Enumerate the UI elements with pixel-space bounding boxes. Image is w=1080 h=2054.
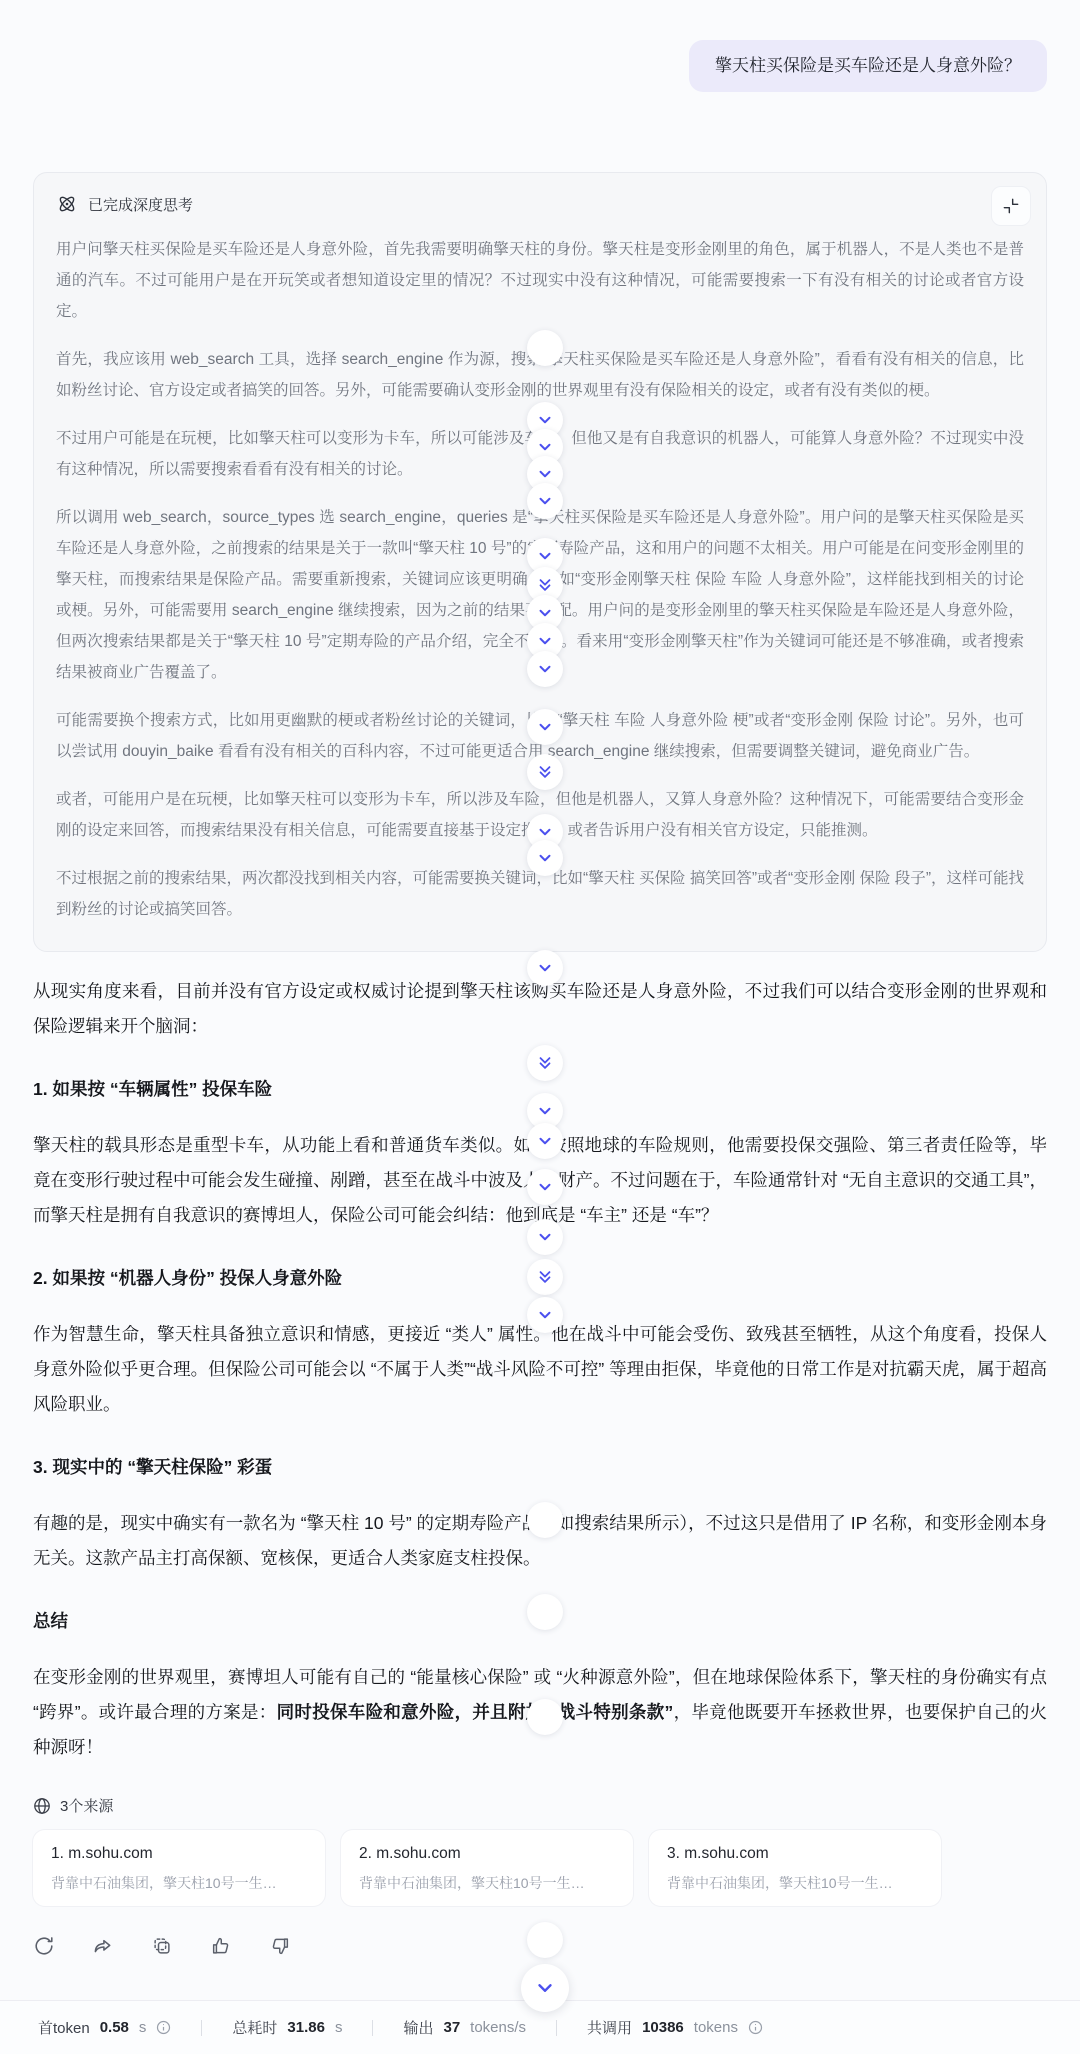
stat-divider [372,2020,373,2036]
info-icon[interactable] [748,2020,763,2035]
stat-item: 总耗时31.86s [232,2017,342,2038]
chevron-down-icon [536,660,554,678]
source-card[interactable]: 3. m.sohu.com背靠中石油集团，擎天柱10号一生… [649,1830,941,1906]
chevron-down-icon [536,438,554,456]
chevron-down-icon [536,492,554,510]
stat-unit: s [139,2019,147,2036]
stat-unit: tokens [694,2019,738,2036]
stat-value: 10386 [642,2019,684,2036]
stat-item: 首token0.58s [38,2017,171,2038]
thumbs-down-icon [269,1935,291,1957]
thinking-paragraph: 用户问擎天柱买保险是买车险还是人身意外险，首先我需要明确擎天柱的身份。擎天柱是变… [56,234,1024,327]
double-chevron-down-icon [536,763,554,781]
chevron-down-icon [536,465,554,483]
scroll-to-bottom-button[interactable] [527,1259,563,1295]
refresh-icon [33,1935,55,1957]
scroll-to-bottom-button[interactable] [527,840,563,876]
stat-item: 输出37tokens/s [403,2017,526,2038]
deep-thinking-status: 已完成深度思考 [88,194,193,215]
chevron-down-icon [536,823,554,841]
double-chevron-down-icon [536,1054,554,1072]
chevron-down-icon [536,411,554,429]
source-card-list: 1. m.sohu.com背靠中石油集团，擎天柱10号一生…2. m.sohu.… [33,1830,1047,1906]
scroll-to-bottom-button[interactable] [527,1922,563,1958]
copy-icon [151,1935,173,1957]
scroll-to-bottom-button[interactable] [527,483,563,519]
chevron-down-icon [536,1178,554,1196]
source-snippet: 背靠中石油集团，擎天柱10号一生… [51,1874,307,1892]
like-button[interactable] [210,1935,232,1957]
scroll-to-bottom-button[interactable] [527,651,563,687]
scroll-to-bottom-button[interactable] [527,1045,563,1081]
scroll-to-bottom-button[interactable] [527,1297,563,1333]
scroll-to-bottom-button[interactable] [527,754,563,790]
stat-value: 37 [443,2019,460,2036]
chevron-down-icon [536,718,554,736]
stat-label: 首token [38,2017,90,2038]
source-snippet: 背靠中石油集团，擎天柱10号一生… [667,1874,923,1892]
atom-icon [56,193,78,215]
collapse-icon [1001,196,1021,216]
regenerate-button[interactable] [33,1935,55,1957]
chevron-down-icon [534,1977,556,1999]
scroll-to-bottom-button[interactable] [527,709,563,745]
stat-divider [201,2020,202,2036]
user-message-bubble: 擎天柱买保险是买车险还是人身意外险？ [689,40,1047,92]
scroll-to-bottom-button[interactable] [527,330,563,366]
chevron-down-icon [536,959,554,977]
scroll-to-bottom-button[interactable] [527,1123,563,1159]
source-snippet: 背靠中石油集团，擎天柱10号一生… [359,1874,615,1892]
stat-label: 输出 [403,2017,433,2038]
user-message-row: 擎天柱买保险是买车险还是人身意外险？ [33,0,1047,92]
stat-value: 0.58 [100,2019,129,2036]
stat-divider [556,2020,557,2036]
thumbs-up-icon [210,1935,232,1957]
scroll-to-bottom-button[interactable] [521,1964,569,2012]
chevron-down-icon [536,1306,554,1324]
sources-section: 3个来源 1. m.sohu.com背靠中石油集团，擎天柱10号一生…2. m.… [33,1795,1047,1906]
globe-icon [33,1797,51,1815]
chevron-down-icon [536,547,554,565]
source-card[interactable]: 2. m.sohu.com背靠中石油集团，擎天柱10号一生… [341,1830,633,1906]
copy-button[interactable] [151,1935,173,1957]
stat-label: 总耗时 [232,2017,277,2038]
deep-thinking-header[interactable]: 已完成深度思考 [56,191,1024,217]
double-chevron-down-icon [536,576,554,594]
answer-bold-text: 同时投保车险和意外险，并且附加 “战斗特别条款” [277,1702,674,1722]
info-icon[interactable] [156,2020,171,2035]
scroll-to-bottom-button[interactable] [527,1169,563,1205]
source-title: 3. m.sohu.com [667,1844,923,1864]
source-title: 2. m.sohu.com [359,1844,615,1864]
sources-header[interactable]: 3个来源 [33,1795,1047,1816]
scroll-to-bottom-button[interactable] [527,1594,563,1630]
scroll-to-bottom-button[interactable] [527,950,563,986]
answer-section-paragraph: 作为智慧生命，擎天柱具备独立意识和情感，更接近 “类人” 属性。他在战斗中可能会… [33,1317,1047,1422]
chevron-down-icon [536,604,554,622]
chevron-down-icon [536,632,554,650]
answer-text: 作为智慧生命，擎天柱具备独立意识和情感，更接近 “类人” 属性。他在战斗中可能会… [33,1324,1047,1414]
user-message-text: 擎天柱买保险是买车险还是人身意外险？ [715,56,1021,75]
stat-unit: tokens/s [470,2019,526,2036]
sources-count-label: 3个来源 [60,1795,113,1816]
stat-item: 共调用10386tokens [587,2017,763,2038]
share-icon [92,1935,114,1957]
source-title: 1. m.sohu.com [51,1844,307,1864]
answer-section-heading: 3. 现实中的 “擎天柱保险” 彩蛋 [33,1452,1047,1482]
share-button[interactable] [92,1935,114,1957]
chevron-down-icon [536,1228,554,1246]
stat-label: 共调用 [587,2017,632,2038]
double-chevron-down-icon [536,1268,554,1286]
scroll-to-bottom-button[interactable] [527,1502,563,1538]
chevron-down-icon [536,1102,554,1120]
scroll-to-bottom-button[interactable] [527,1219,563,1255]
chevron-down-icon [536,849,554,867]
scroll-to-bottom-button[interactable] [527,1699,563,1735]
chevron-down-icon [536,1132,554,1150]
dislike-button[interactable] [269,1935,291,1957]
collapse-thinking-button[interactable] [991,186,1031,226]
stat-unit: s [335,2019,343,2036]
stat-value: 31.86 [287,2019,325,2036]
source-card[interactable]: 1. m.sohu.com背靠中石油集团，擎天柱10号一生… [33,1830,325,1906]
